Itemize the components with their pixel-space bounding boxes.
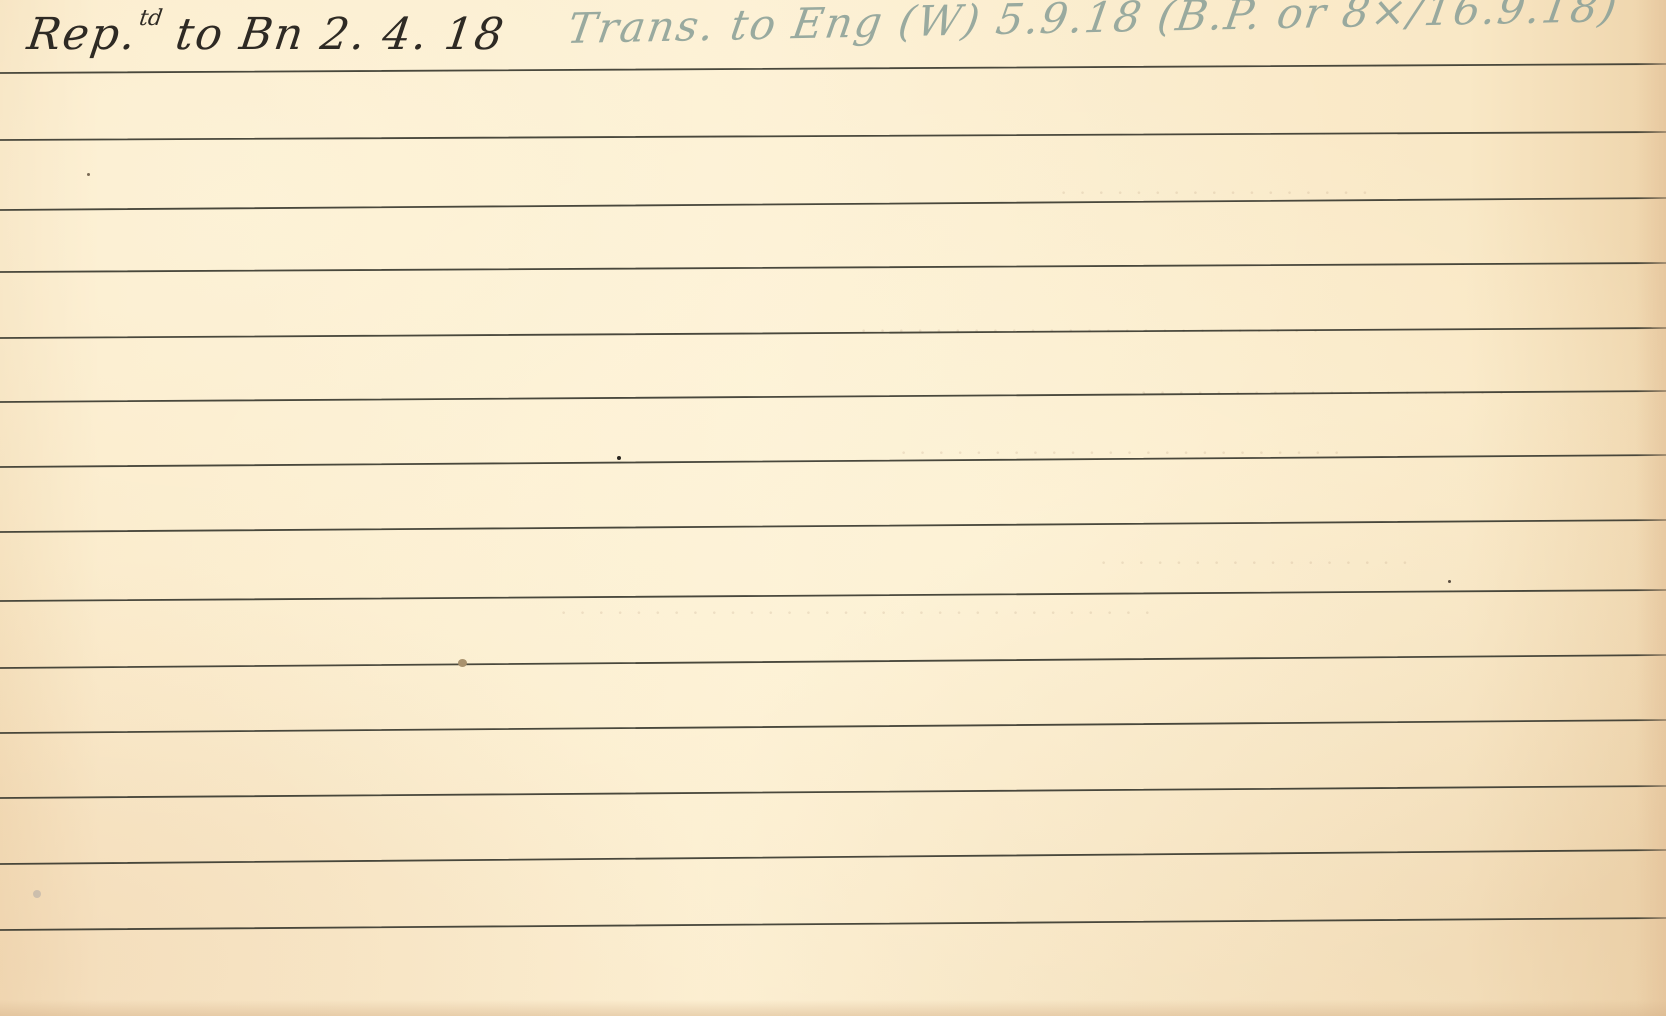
paper-speck: [458, 659, 467, 667]
ruled-line: [0, 520, 1666, 532]
ruled-line: [0, 850, 1666, 864]
ruled-line: [0, 655, 1666, 668]
record-card: · · · · · · · · · · · · · · · · · · · · …: [0, 0, 1666, 1016]
paper-speck: [87, 173, 90, 176]
ruled-line: [0, 328, 1666, 338]
ruled-line: [0, 590, 1666, 601]
ruled-line: [0, 391, 1666, 402]
ink-annotation: Rep.td to Bn 2. 4. 18: [24, 6, 509, 60]
paper-speck: [33, 890, 41, 898]
card-bottom-edge: [0, 1000, 1666, 1016]
ruled-line: [0, 64, 1666, 73]
ruled-line: [0, 198, 1666, 210]
paper-speck: [617, 456, 621, 460]
ruled-line: [0, 720, 1666, 733]
ruled-line: [0, 132, 1666, 140]
ruled-line: [0, 918, 1666, 930]
ruled-lines: [0, 0, 1666, 1016]
card-right-edge: [1636, 0, 1666, 1016]
ruled-line: [0, 455, 1666, 467]
ruled-line: [0, 263, 1666, 272]
ink-annotation-prefix: Rep.: [24, 9, 140, 60]
paper-speck: [1448, 580, 1451, 583]
ink-annotation-suffix: to Bn 2. 4. 18: [156, 9, 508, 60]
ruled-line: [0, 786, 1666, 798]
